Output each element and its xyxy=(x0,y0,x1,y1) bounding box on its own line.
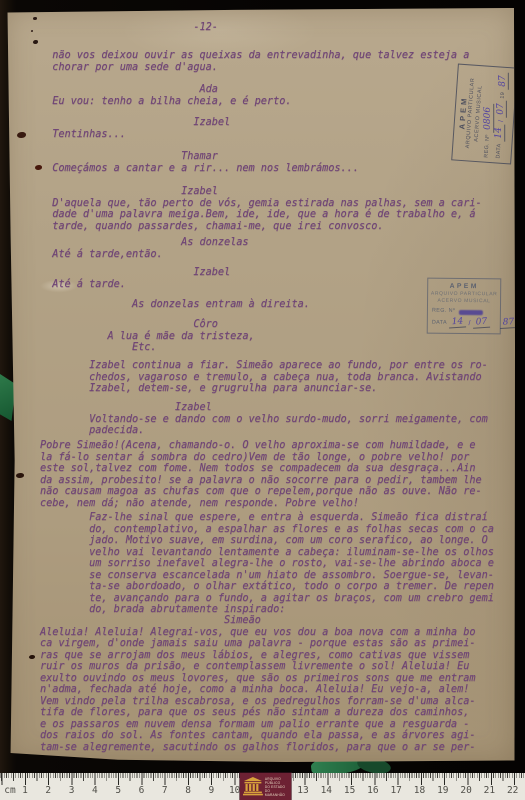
stamp-date-month: 07 xyxy=(472,318,490,329)
ruler-number: 17 xyxy=(390,785,401,796)
stamp-date-slash: / xyxy=(497,120,506,123)
archive-stamp: APEM ARQUIVO PARTICULAR ACERVO MUSICAL R… xyxy=(427,278,502,335)
ink-spot xyxy=(16,473,24,478)
typewritten-block: Pobre Simeão!(Acena, chamando-o. O velho… xyxy=(40,440,482,509)
ruler-number: 21 xyxy=(484,785,495,796)
ruler-number: 22 xyxy=(507,785,518,796)
stamp-date-month: 07 xyxy=(497,101,507,118)
stamp-reg-scribble xyxy=(459,310,483,315)
archive-logo: ARQUIVO PÚBLICO DO ESTADO DO MARANHÃO xyxy=(240,773,291,800)
ruler-number: 7 xyxy=(162,785,168,796)
ruler-number: 5 xyxy=(115,785,121,796)
stamp-registry-row: REG. Nº xyxy=(428,307,500,317)
typewritten-block: -12- xyxy=(40,22,218,34)
typewritten-block: Izabel Tentinhas... xyxy=(40,117,230,140)
ruler-number: 9 xyxy=(209,785,215,796)
ruler-number: 15 xyxy=(344,785,355,796)
measurement-ruler: cm1234567891013141516171819202122 ARQUIV… xyxy=(0,773,525,800)
typewritten-block: Izabel Voltando-se e dando com o velho s… xyxy=(40,402,488,437)
ruler-number: 10 xyxy=(229,785,240,796)
ruler-number: cm xyxy=(4,785,15,796)
ruler-number: 16 xyxy=(367,785,378,796)
stamp-line: ACERVO MUSICAL xyxy=(428,298,500,306)
stamp-date-label: DATA xyxy=(432,319,447,328)
typewritten-block: Thamar Começámos a cantar e a rir... nem… xyxy=(40,151,359,174)
stamp-date-year: 87 xyxy=(500,318,518,329)
typewritten-block: Ada Eu vou: tenho a bilha cheia, e é per… xyxy=(40,84,291,107)
ruler-number: 8 xyxy=(185,785,191,796)
typewritten-block: Izabel Até á tarde. xyxy=(40,267,230,290)
typewritten-block: Simeão Aleluia! Aleluia! Alegrai-vos, qu… xyxy=(40,615,475,753)
typewritten-block: Izabel continua a fiar. Simeão aparece a… xyxy=(40,360,488,395)
ink-spot xyxy=(33,40,38,44)
ink-spot xyxy=(31,30,33,32)
stamp-date-slash: / xyxy=(468,319,470,328)
stamp-date-year-printed: 19 xyxy=(499,92,508,99)
stamp-reg-label: REG. Nº xyxy=(432,307,455,316)
ink-spot xyxy=(29,655,35,659)
ruler-number: 1 xyxy=(22,785,28,796)
ruler-number: 2 xyxy=(45,785,51,796)
stamp-date-year: 87 xyxy=(499,72,509,89)
ruler-number: 18 xyxy=(414,785,425,796)
archive-stamp-rotated: APEM ARQUIVO PARTICULAR ACERVO MUSICAL R… xyxy=(451,64,518,165)
building-icon xyxy=(243,777,263,796)
ruler-number: 4 xyxy=(92,785,98,796)
ruler-number: 13 xyxy=(297,785,308,796)
archive-logo-text: ARQUIVO PÚBLICO DO ESTADO DO MARANHÃO xyxy=(265,777,291,797)
stamp-date-label: DATA xyxy=(494,143,504,159)
ruler-number: 6 xyxy=(139,785,145,796)
stamp-reg-label: REG. Nº xyxy=(482,134,493,158)
stamp-date-day: 14 xyxy=(449,317,467,328)
typewritten-block: Izabel D'aquela que, tão perto de vós, g… xyxy=(40,186,482,232)
ink-spot xyxy=(17,132,26,138)
scanned-document-page: -12- não vos deixou ouvir as queixas da … xyxy=(6,8,515,762)
ruler-number: 14 xyxy=(321,785,332,796)
ink-spot xyxy=(35,165,42,170)
typewritten-block: Faz-lhe sinal que espere, e entra à esqu… xyxy=(40,512,494,616)
stamp-date-day: 14 xyxy=(495,124,505,141)
typewritten-block: As donzelas Até á tarde,então. xyxy=(40,237,249,260)
ruler-number: 3 xyxy=(69,785,75,796)
typewritten-block: As donzelas entram à direita. xyxy=(40,299,310,311)
ruler-number: 20 xyxy=(460,785,471,796)
stamp-reg-value-handwritten: 0806 xyxy=(484,104,494,133)
ruler-number: 19 xyxy=(437,785,448,796)
typewritten-text-layer: -12- não vos deixou ouvir as queixas da … xyxy=(6,8,515,762)
typewritten-block: Côro A lua é mãe da tristeza, Etc. xyxy=(40,319,255,354)
stamp-date-row: DATA 14 / 07 87 xyxy=(428,318,500,329)
typewritten-block: não vos deixou ouvir as queixas da entre… xyxy=(40,50,469,73)
ink-spot xyxy=(33,17,37,20)
